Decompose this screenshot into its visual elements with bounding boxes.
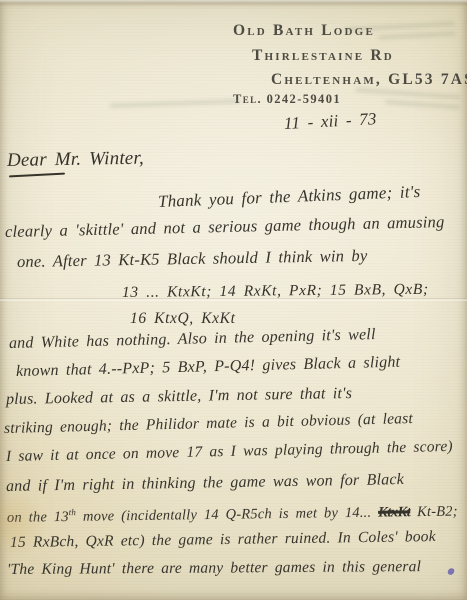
paper-top-edge xyxy=(0,0,467,6)
handwritten-line: Thank you for the Atkins game; it's xyxy=(158,182,421,212)
stray-ink-mark xyxy=(447,567,455,576)
handwritten-line: 15 RxBch, QxR etc) the game is rather ru… xyxy=(10,528,436,552)
letterhead-name: Old Bath Lodge xyxy=(233,22,375,40)
chess-moves-line: 16 KtxQ, KxKt xyxy=(130,310,236,328)
handwritten-line: 'The King Hunt' there are many better ga… xyxy=(7,558,421,579)
struck-out-text: KtxKt xyxy=(378,504,410,520)
salutation: Dear Mr. Winter, xyxy=(7,148,144,172)
handwritten-line: clearly a 'skittle' and not a serious ga… xyxy=(5,212,445,242)
handwritten-line: striking enough; the Philidor mate is a … xyxy=(4,410,413,438)
salutation-underline-flourish xyxy=(9,173,65,178)
letter-date: 11 - xii - 73 xyxy=(283,109,377,134)
line-text: on the 13 xyxy=(7,509,69,526)
handwritten-line: known that 4.--PxP; 5 BxP, P-Q4! gives B… xyxy=(16,354,401,381)
handwritten-line: I saw it at once on move 17 as I was pla… xyxy=(6,438,453,466)
handwritten-line: plus. Looked at as a skittle, I'm not su… xyxy=(6,385,352,409)
letterhead-city: Cheltenham, GL53 7AS xyxy=(271,71,467,89)
letterhead-telephone: Tel. 0242-59401 xyxy=(233,92,341,107)
line-text: move (incidentally 14 Q-R5ch is met by 1… xyxy=(76,505,378,525)
chess-moves-line: 13 ... KtxKt; 14 RxKt, PxR; 15 BxB, QxB; xyxy=(122,281,429,302)
handwritten-line: and White has nothing. Also in the openi… xyxy=(9,326,376,353)
line-text: Kt-B2; xyxy=(410,504,458,521)
handwritten-line-with-correction: on the 13th move (incidentally 14 Q-R5ch… xyxy=(7,502,458,527)
handwritten-line: and if I'm right in thinking the game wa… xyxy=(6,471,404,496)
letterhead-street: Thirlestaine Rd xyxy=(252,47,394,65)
show-through-mark xyxy=(110,93,241,115)
letter-paper: Old Bath Lodge Thirlestaine Rd Cheltenha… xyxy=(0,0,467,600)
handwritten-line: one. After 13 Kt-K5 Black should I think… xyxy=(17,246,368,272)
